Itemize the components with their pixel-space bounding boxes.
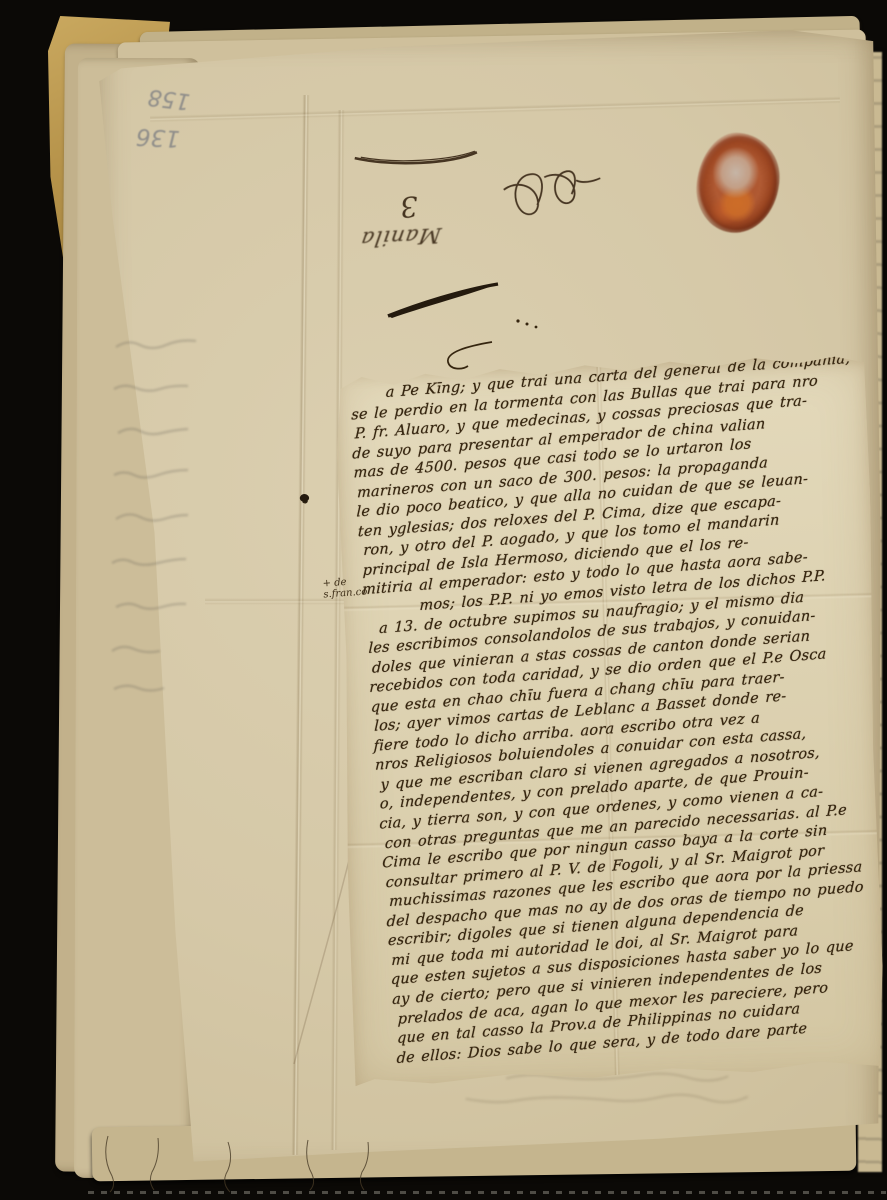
rubric-flourish — [467, 146, 609, 223]
docket-number: 3 — [399, 189, 420, 223]
bleedthrough-marks — [110, 325, 210, 720]
crease-scratch — [288, 852, 358, 1068]
docket-word: Manila — [359, 223, 443, 251]
ink-hook-mark — [438, 338, 498, 374]
docket-flourish — [351, 142, 481, 170]
foliation-number: 136 — [135, 123, 180, 151]
letter-sheet: a Pe Kīng; y que trai una carta del gene… — [335, 355, 886, 1087]
ink-dots — [514, 315, 542, 331]
pen-test-stroke — [384, 276, 504, 324]
margin-note: + de s.fran.co — [322, 575, 367, 600]
scanner-edge-dots — [88, 1191, 886, 1194]
letter-body: a Pe Kīng; y que trai una carta del gene… — [347, 350, 887, 1070]
foliation-number: 158 — [147, 84, 192, 114]
paper-fibers — [78, 1128, 398, 1196]
manuscript-scan: 158 136 Manila 3 + de s.fran.co a Pe Kīn… — [0, 0, 887, 1200]
